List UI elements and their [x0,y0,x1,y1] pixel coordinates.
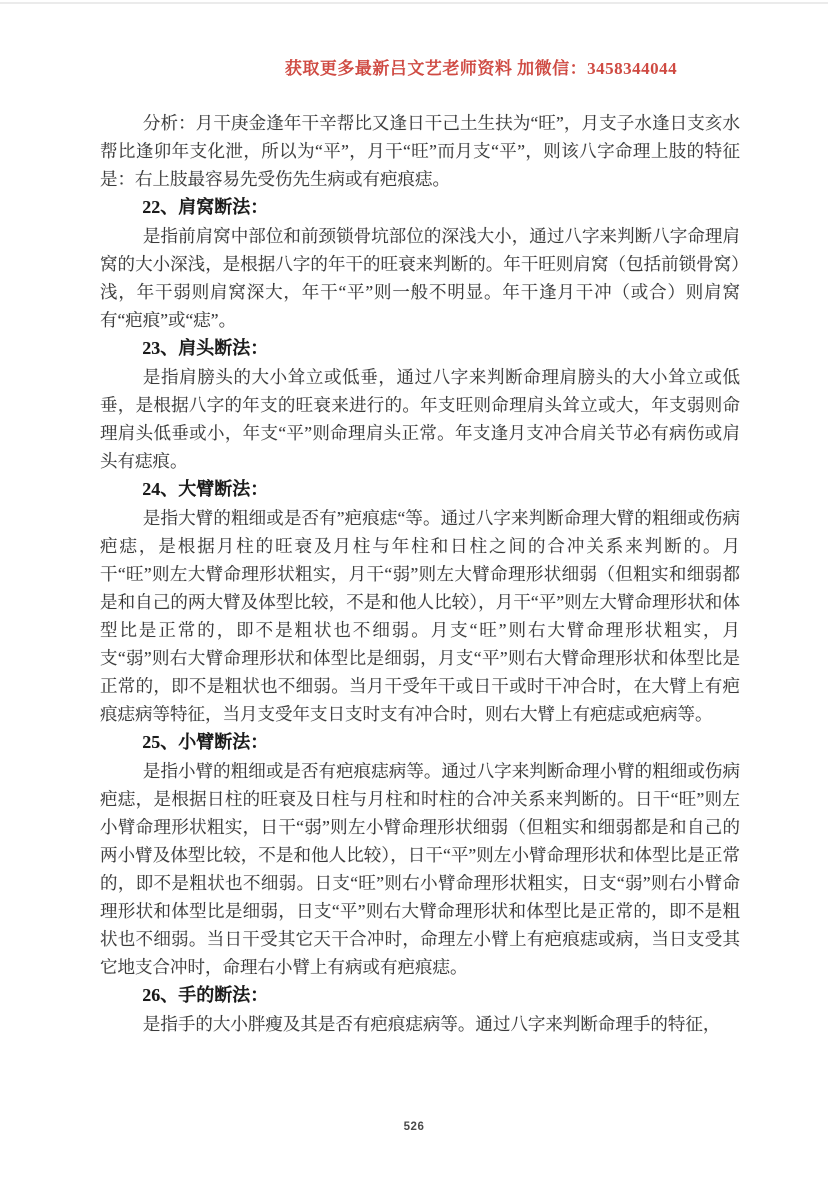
body-paragraph: 是指手的大小胖瘦及其是否有疤痕痣病等。通过八字来判断命理手的特征， [100,1010,740,1038]
section-heading: 26、手的断法： [100,981,740,1010]
body-paragraph: 是指大臂的粗细或是否有”疤痕痣“等。通过八字来判断命理大臂的粗细或伤病疤痣，是根… [100,504,740,728]
body-paragraph: 是指小臂的粗细或是否有疤痕痣病等。通过八字来判断命理小臂的粗细或伤病疤痣，是根据… [100,757,740,981]
body-paragraph: 分析：月干庚金逢年干辛帮比又逢日干己土生扶为“旺”，月支子水逢日支亥水帮比逢卯年… [100,109,740,193]
section-heading: 25、小臂断法： [100,728,740,757]
document-page: 获取更多最新吕文艺老师资料 加微信：3458344044 分析：月干庚金逢年干辛… [0,0,828,1199]
promo-header: 获取更多最新吕文艺老师资料 加微信：3458344044 [0,54,828,79]
page-top-edge-line [0,2,828,4]
content: 分析：月干庚金逢年干辛帮比又逢日干己土生扶为“旺”，月支子水逢日支亥水帮比逢卯年… [100,109,740,1038]
body-paragraph: 是指前肩窝中部位和前颈锁骨坑部位的深浅大小，通过八字来判断八字命理肩窝的大小深浅… [100,222,740,334]
section-heading: 22、肩窝断法： [100,193,740,222]
section-heading: 24、大臂断法： [100,475,740,504]
section-heading: 23、肩头断法： [100,334,740,363]
body-paragraph: 是指肩膀头的大小耸立或低垂，通过八字来判断命理肩膀头的大小耸立或低垂，是根据八字… [100,363,740,475]
page-number: 526 [0,1121,828,1133]
